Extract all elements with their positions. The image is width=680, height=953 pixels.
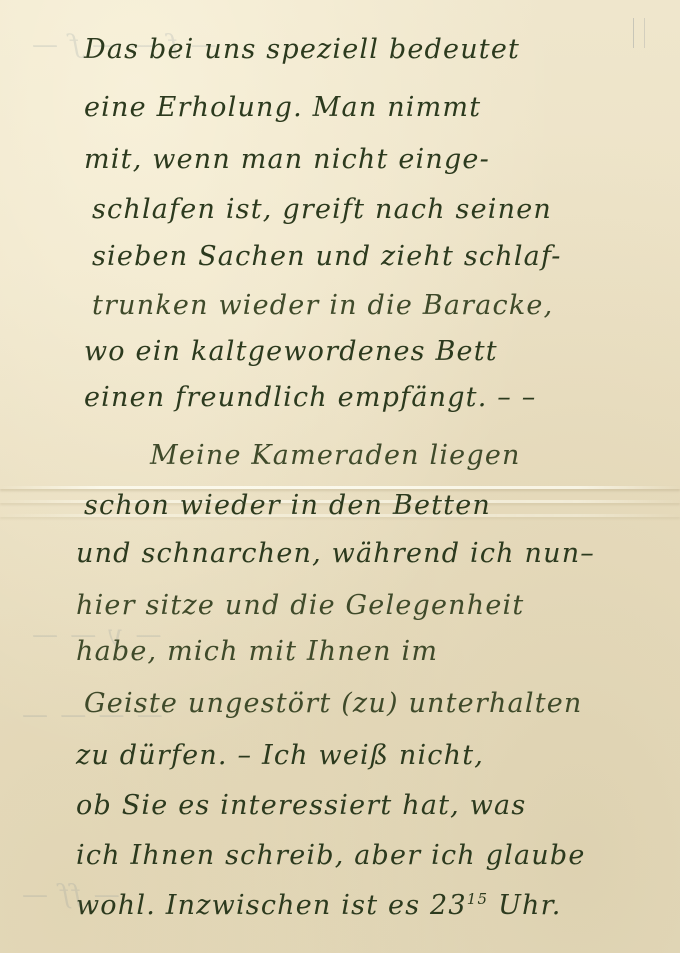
letter-line-4: schlafen ist, greift nach seinen — [92, 196, 552, 223]
letter-line-10: schon wieder in den Betten — [84, 492, 491, 519]
letter-line-14: Geiste ungestört (zu) unterhalten — [84, 690, 583, 717]
time-suffix: Uhr. — [488, 890, 561, 921]
letter-line-2: eine Erholung. Man nimmt — [84, 94, 481, 121]
letter-line-1: Das bei uns speziell bedeutet — [84, 36, 520, 63]
letter-line-18-text: wohl. Inzwischen ist es 23 — [76, 890, 467, 921]
handwritten-letter: Das bei uns speziell bedeutet eine Erhol… — [0, 0, 680, 953]
letter-line-9: Meine Kameraden liegen — [150, 442, 521, 469]
letter-line-15: zu dürfen. – Ich weiß nicht, — [76, 742, 484, 769]
letter-line-7: wo ein kaltgewordenes Bett — [84, 338, 498, 365]
letter-line-13: habe, mich mit Ihnen im — [76, 638, 438, 665]
letter-line-6: trunken wieder in die Baracke, — [92, 292, 553, 319]
letter-line-18: wohl. Inzwischen ist es 2315 Uhr. — [76, 892, 562, 919]
letter-line-11: und schnarchen, während ich nun– — [76, 540, 595, 567]
letter-line-12: hier sitze und die Gelegenheit — [76, 592, 524, 619]
time-superscript: 15 — [467, 890, 489, 908]
letter-line-8: einen freundlich empfängt. – – — [84, 384, 536, 411]
letter-line-5: sieben Sachen und zieht schlaf- — [92, 243, 562, 270]
letter-line-3: mit, wenn man nicht einge- — [84, 146, 490, 173]
letter-line-16: ob Sie es interessiert hat, was — [76, 792, 526, 819]
letter-line-17: ich Ihnen schreib, aber ich glaube — [76, 842, 586, 869]
